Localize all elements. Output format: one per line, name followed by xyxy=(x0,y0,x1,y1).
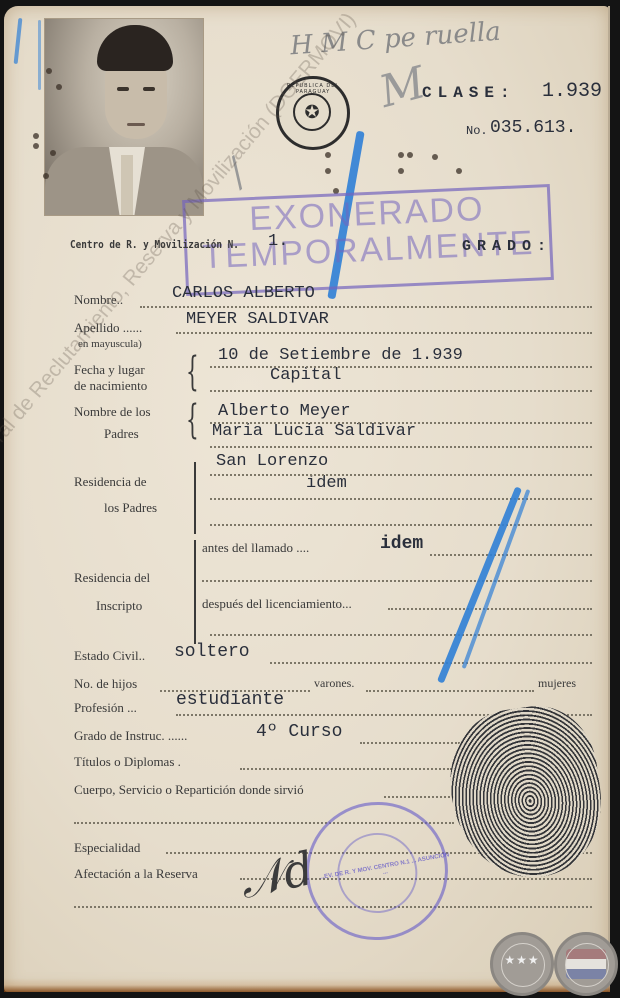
varones-label: varones. xyxy=(314,676,354,691)
dotted-line xyxy=(270,660,592,664)
grado-instruccion-label: Grado de Instruc. ...... xyxy=(74,728,187,744)
titulos-label: Títulos o Diplomas . xyxy=(74,754,181,770)
perforation xyxy=(456,168,462,174)
perforation xyxy=(432,154,438,160)
dotted-line xyxy=(210,522,592,526)
centro-label: Centro de R. y Movilización N. xyxy=(70,238,239,251)
despues-licenciamiento-label: después del licenciamiento... xyxy=(202,596,352,612)
nacimiento-label-1: Fecha y lugar xyxy=(74,362,145,378)
dotted-line xyxy=(210,496,592,500)
perforation xyxy=(398,152,404,158)
brace: { xyxy=(186,400,199,440)
antes-llamado-value: idem xyxy=(380,534,423,554)
dotted-line xyxy=(388,606,592,610)
dotted-line xyxy=(202,578,592,582)
profesion-label: Profesión ... xyxy=(74,700,137,716)
profesion-value: estudiante xyxy=(176,690,284,710)
brace-line xyxy=(194,462,196,534)
dotted-line xyxy=(430,552,592,556)
clase-value: 1.939 xyxy=(542,80,602,103)
perforation xyxy=(46,68,52,74)
perforation xyxy=(325,168,331,174)
residencia-inscripto-label-1: Residencia del xyxy=(74,570,150,586)
photo-hair xyxy=(97,25,173,71)
id-photo xyxy=(44,18,204,216)
estado-civil-label: Estado Civil.. xyxy=(74,648,145,664)
estado-civil-value: soltero xyxy=(174,642,250,662)
nombre-value: CARLOS ALBERTO xyxy=(172,284,315,303)
dotted-line xyxy=(140,304,592,308)
dotted-line xyxy=(210,420,592,424)
perforation xyxy=(33,133,39,139)
blue-mark-left-2 xyxy=(38,20,41,90)
perforation xyxy=(33,143,39,149)
republic-seal: REPUBLICA DEL PARAGUAY ✪ xyxy=(276,76,350,150)
cuerpo-label: Cuerpo, Servicio o Repartición donde sir… xyxy=(74,782,304,798)
dotted-line xyxy=(360,740,460,744)
dotted-line xyxy=(240,766,452,770)
grado-label: GRADO: xyxy=(462,238,552,255)
residencia-padres-value-1: San Lorenzo xyxy=(216,452,328,471)
perforation xyxy=(398,168,404,174)
padres-label-2: Padres xyxy=(104,426,139,442)
photo-eye-right xyxy=(143,87,155,91)
padres-label-1: Nombre de los xyxy=(74,404,151,420)
mujeres-label: mujeres xyxy=(538,676,576,691)
numero-value: 035.613. xyxy=(490,118,576,138)
brace: { xyxy=(186,352,199,392)
photo-tie xyxy=(121,155,133,216)
paraguay-flag-logo xyxy=(554,932,618,996)
perforation xyxy=(325,152,331,158)
especialidad-label: Especialidad xyxy=(74,840,140,856)
card-edge xyxy=(608,6,610,992)
dotted-line xyxy=(210,364,592,368)
armed-forces-logo: ★★★ xyxy=(490,932,554,996)
perforation xyxy=(50,150,56,156)
residencia-padres-label-2: los Padres xyxy=(104,500,157,516)
padres-value-1: Alberto Meyer xyxy=(218,402,351,421)
star-icon: ✪ xyxy=(295,95,329,129)
apellido-note: en mayuscula) xyxy=(78,338,142,350)
antes-llamado-label: antes del llamado .... xyxy=(202,540,309,556)
dotted-line xyxy=(366,688,534,692)
apellido-value: MEYER SALDIVAR xyxy=(186,310,329,329)
dotted-line xyxy=(210,388,592,392)
residencia-padres-value-2: idem xyxy=(306,474,347,493)
numero-label: No. xyxy=(466,124,488,138)
seal-inner-ring: ✪ xyxy=(293,93,331,131)
clase-label: CLASE: xyxy=(422,84,516,102)
nombre-label: Nombre.. xyxy=(74,292,123,308)
perforation xyxy=(56,84,62,90)
perforation xyxy=(407,152,413,158)
nacimiento-value-1: 10 de Setiembre de 1.939 xyxy=(218,346,463,365)
hijos-label: No. de hijos xyxy=(74,676,137,692)
dotted-line xyxy=(384,794,454,798)
residencia-inscripto-label-2: Inscripto xyxy=(96,598,142,614)
apellido-label: Apellido ...... xyxy=(74,320,142,336)
photo-mouth xyxy=(127,123,145,126)
afectacion-label: Afectación a la Reserva xyxy=(74,866,198,882)
dotted-line xyxy=(210,632,592,636)
photo-eye-left xyxy=(117,87,129,91)
dotted-line xyxy=(176,330,592,334)
centro-value: 1. xyxy=(268,232,288,251)
nacimiento-value-2: Capital xyxy=(270,366,341,385)
grado-instruccion-value: 4º Curso xyxy=(256,722,342,742)
perforation xyxy=(43,173,49,179)
stars-icon: ★★★ xyxy=(493,953,551,968)
brace-line xyxy=(194,540,196,644)
nacimiento-label-2: de nacimiento xyxy=(74,378,147,394)
padres-value-2: Maria Lucia Saldivar xyxy=(212,422,416,441)
residencia-padres-label-1: Residencia de xyxy=(74,474,147,490)
dotted-line xyxy=(210,444,592,448)
dotted-line xyxy=(210,472,592,476)
